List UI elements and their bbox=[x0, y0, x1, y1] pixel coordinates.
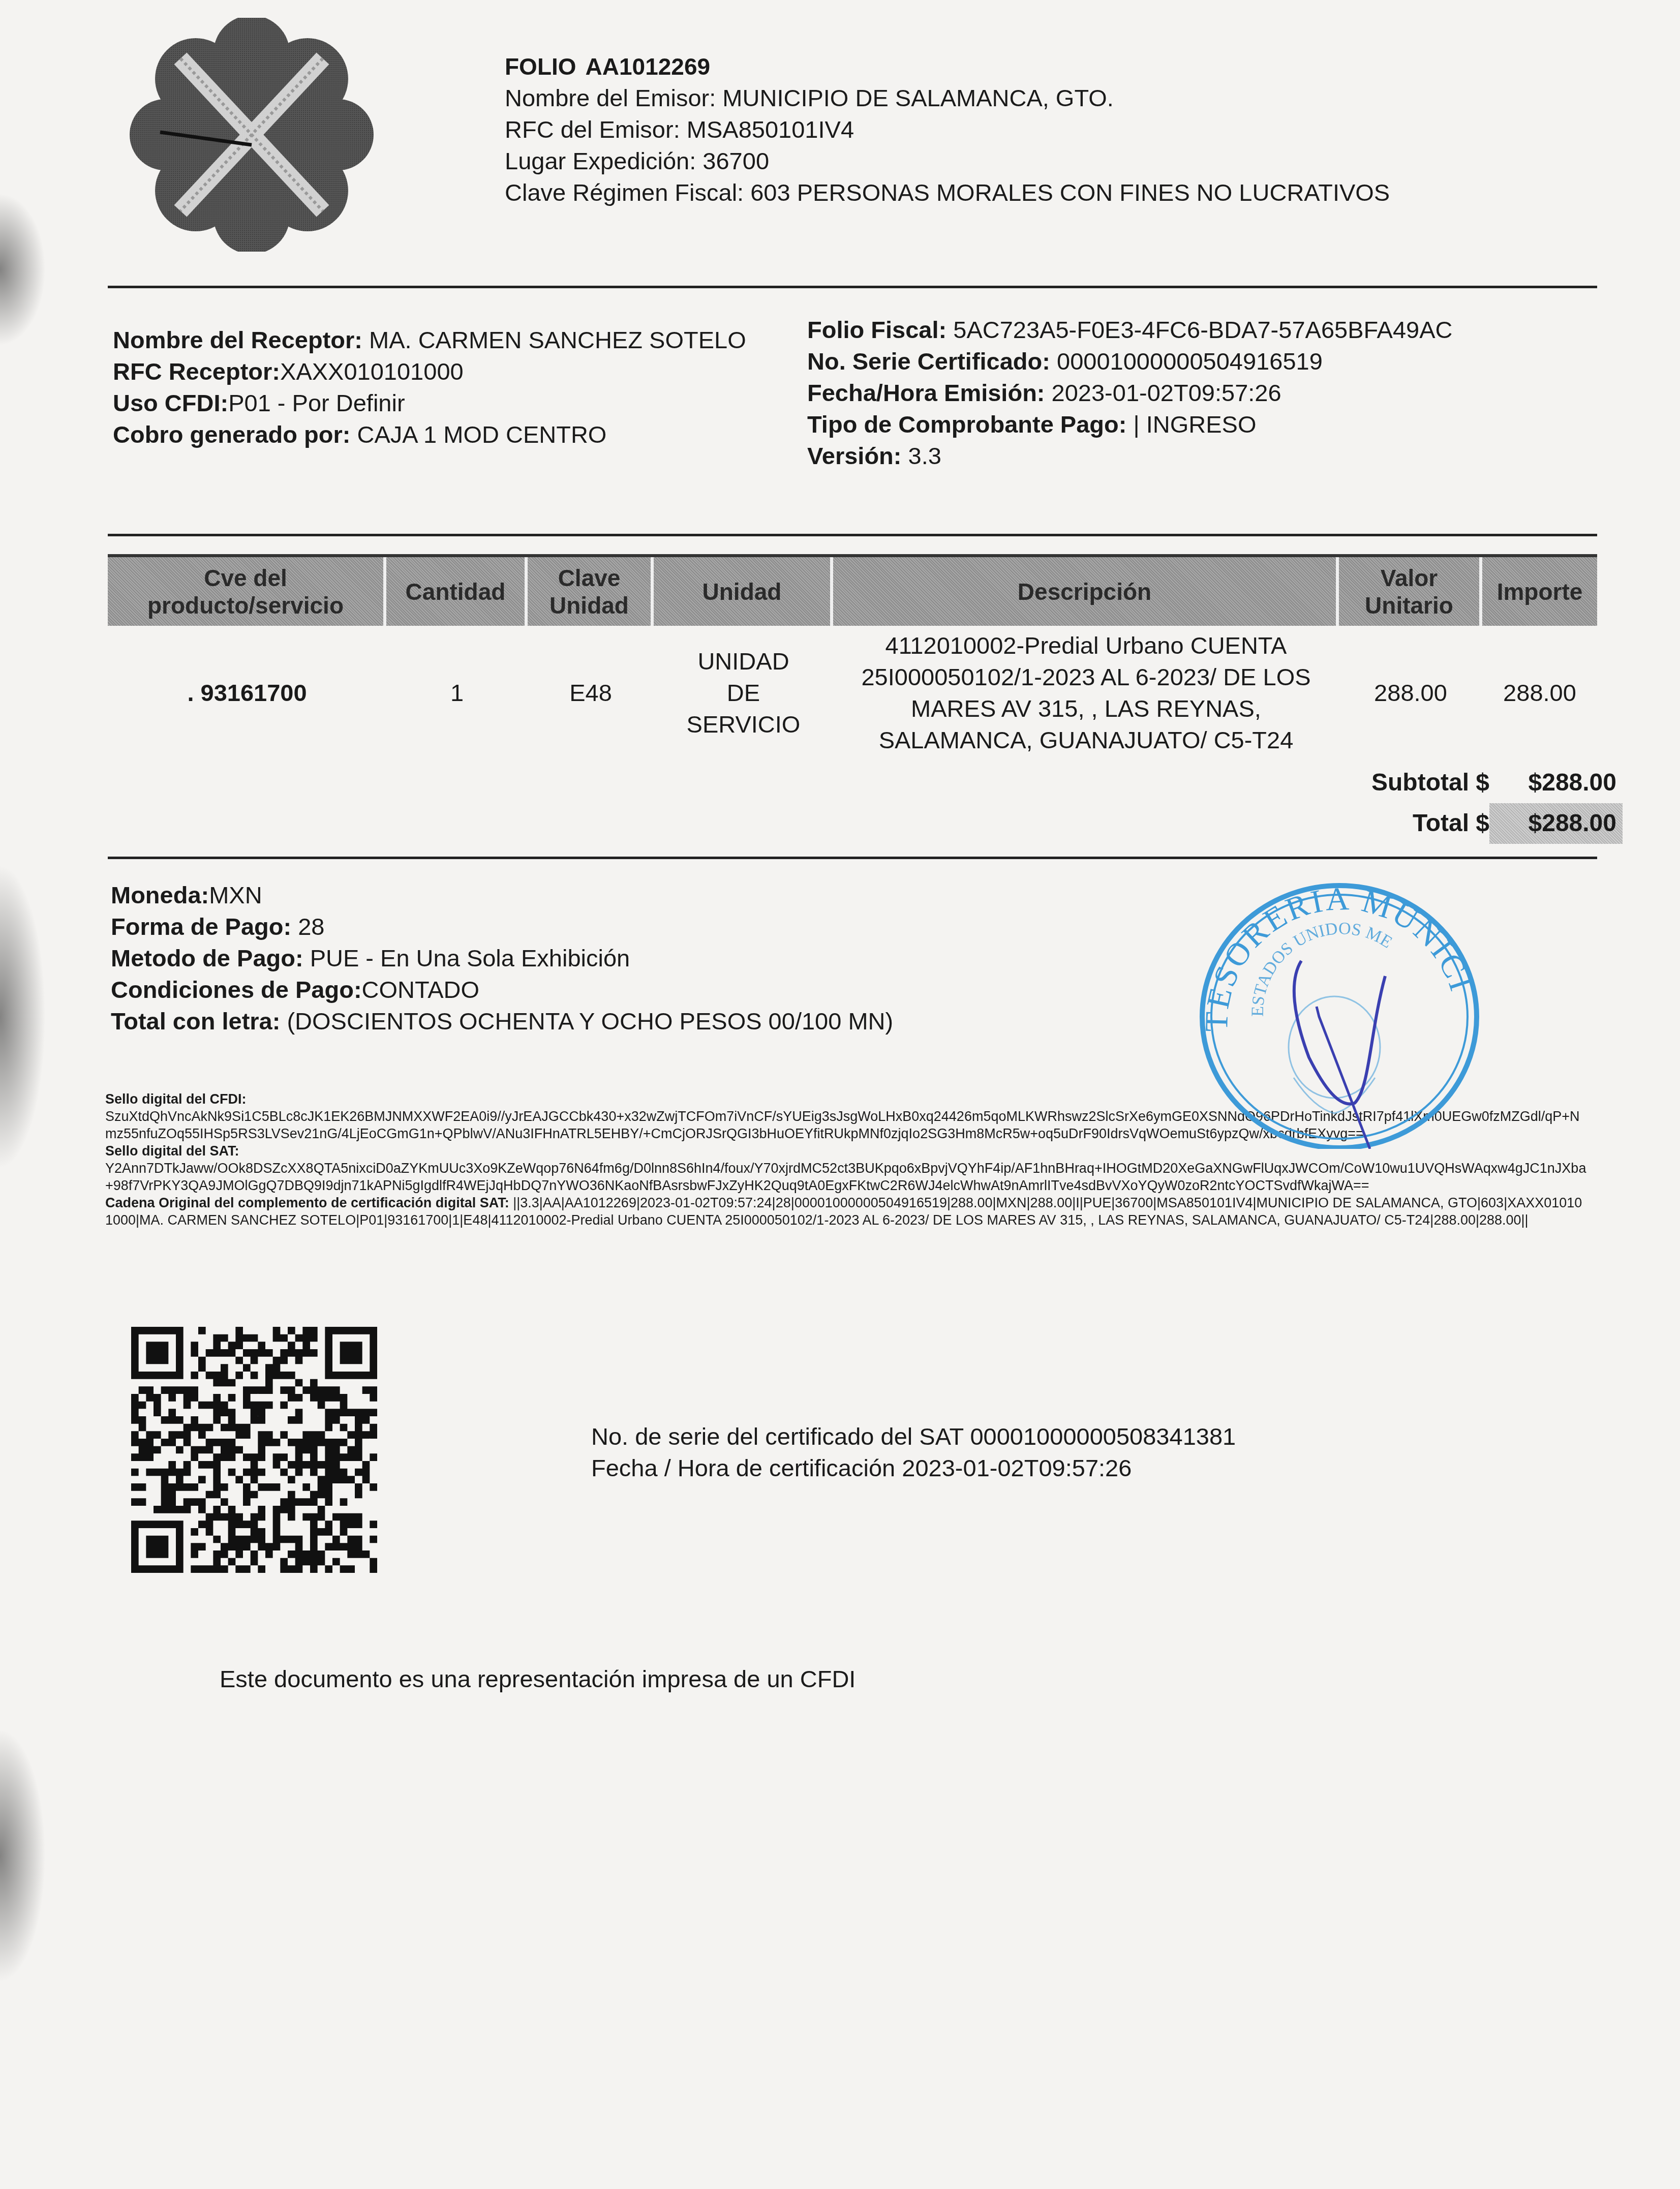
col-clave-unidad: Clave Unidad bbox=[528, 557, 654, 626]
cert-fecha-label: Fecha / Hora de certificación bbox=[591, 1454, 895, 1481]
issuer-name-label: Nombre del Emisor: bbox=[505, 84, 716, 111]
issuer-regimen-value: 603 PERSONAS MORALES CON FINES NO LUCRAT… bbox=[750, 179, 1390, 206]
scan-smudge bbox=[0, 1728, 46, 1983]
scan-smudge bbox=[0, 193, 46, 346]
receptor-name: Nombre del Receptor: MA. CARMEN SANCHEZ … bbox=[113, 324, 746, 356]
footer-note: Este documento es una representación imp… bbox=[220, 1665, 856, 1693]
divider bbox=[108, 286, 1597, 288]
total-letra: Total con letra: (DOSCIENTOS OCHENTA Y O… bbox=[111, 1006, 893, 1037]
cell-importe: 288.00 bbox=[1482, 677, 1597, 709]
issuer-lugar-label: Lugar Expedición: bbox=[505, 147, 696, 174]
cell-cantidad: 1 bbox=[386, 677, 528, 709]
subtotal-row: Subtotal $ $288.00 bbox=[1332, 763, 1623, 803]
condiciones-pago-label: Condiciones de Pago: bbox=[111, 976, 362, 1003]
certification-block: No. de serie del certificado del SAT 000… bbox=[591, 1421, 1236, 1484]
col-descripcion: Descripción bbox=[833, 557, 1339, 626]
cert-serie: No. de serie del certificado del SAT 000… bbox=[591, 1421, 1236, 1452]
scan-smudge bbox=[0, 864, 46, 1169]
cert-fecha: Fecha / Hora de certificación 2023-01-02… bbox=[591, 1452, 1236, 1484]
forma-pago-label: Forma de Pago: bbox=[111, 913, 291, 940]
condiciones-pago-value: CONTADO bbox=[362, 976, 480, 1003]
folio-fiscal-value: 5AC723A5-F0E3-4FC6-BDA7-57A65BFA49AC bbox=[953, 316, 1452, 343]
cell-unidad: UNIDAD DE SERVICIO bbox=[654, 646, 833, 740]
receptor-name-label: Nombre del Receptor: bbox=[113, 326, 362, 353]
tipo-comprobante-label: Tipo de Comprobante Pago: bbox=[807, 411, 1126, 438]
cell-valor-unitario: 288.00 bbox=[1339, 677, 1482, 709]
receptor-cobro-label: Cobro generado por: bbox=[113, 421, 350, 448]
total-letra-value: (DOSCIENTOS OCHENTA Y OCHO PESOS 00/100 … bbox=[280, 1008, 893, 1035]
moneda: Moneda:MXN bbox=[111, 879, 893, 911]
cell-descripcion: 4112010002-Predial Urbano CUENTA 25I0000… bbox=[833, 630, 1339, 756]
version-value: 3.3 bbox=[908, 442, 941, 469]
receptor-cobro: Cobro generado por: CAJA 1 MOD CENTRO bbox=[113, 419, 746, 450]
total-label: Total $ bbox=[1332, 803, 1489, 844]
receptor-rfc-value: XAXX010101000 bbox=[280, 358, 464, 385]
serie-certificado-value: 00001000000504916519 bbox=[1057, 348, 1323, 375]
svg-text:TESORERIA MUNICIPAL SALAMANCA: TESORERIA MUNICIPAL SALAMANCA bbox=[1187, 864, 1480, 1032]
fecha-emision: Fecha/Hora Emisión: 2023-01-02T09:57:26 bbox=[807, 377, 1453, 409]
receptor-block: Nombre del Receptor: MA. CARMEN SANCHEZ … bbox=[113, 324, 746, 450]
fecha-emision-value: 2023-01-02T09:57:26 bbox=[1052, 379, 1281, 406]
divider bbox=[108, 857, 1597, 859]
metodo-pago-value: PUE - En Una Sola Exhibición bbox=[303, 945, 630, 971]
cert-fecha-value: 2023-01-02T09:57:26 bbox=[902, 1454, 1132, 1481]
issuer-lugar: Lugar Expedición: 36700 bbox=[505, 145, 1390, 177]
version: Versión: 3.3 bbox=[807, 440, 1453, 472]
receptor-rfc: RFC Receptor:XAXX010101000 bbox=[113, 356, 746, 387]
cadena-label: Cadena Original del complemento de certi… bbox=[105, 1195, 509, 1210]
cert-serie-label: No. de serie del certificado del SAT bbox=[591, 1423, 963, 1450]
totals-block: Subtotal $ $288.00 Total $ $288.00 bbox=[1332, 763, 1623, 844]
municipal-logo bbox=[109, 18, 394, 252]
qr-code bbox=[131, 1327, 377, 1573]
serie-certificado-label: No. Serie Certificado: bbox=[807, 348, 1050, 375]
fiscal-block: Folio Fiscal: 5AC723A5-F0E3-4FC6-BDA7-57… bbox=[807, 314, 1453, 472]
tipo-comprobante-value: | INGRESO bbox=[1133, 411, 1256, 438]
fecha-emision-label: Fecha/Hora Emisión: bbox=[807, 379, 1045, 406]
folio-line: FOLIOAA1012269 bbox=[505, 51, 1390, 82]
metodo-pago: Metodo de Pago: PUE - En Una Sola Exhibi… bbox=[111, 943, 893, 974]
issuer-rfc-label: RFC del Emisor: bbox=[505, 116, 680, 143]
tipo-comprobante: Tipo de Comprobante Pago: | INGRESO bbox=[807, 409, 1453, 440]
sello-sat-value: Y2Ann7DTkJaww/OOk8DSZcXX8QTA5nixciD0aZYK… bbox=[105, 1160, 1590, 1194]
receptor-cobro-value: CAJA 1 MOD CENTRO bbox=[357, 421, 606, 448]
col-cantidad: Cantidad bbox=[386, 557, 528, 626]
moneda-label: Moneda: bbox=[111, 881, 209, 908]
folio-fiscal: Folio Fiscal: 5AC723A5-F0E3-4FC6-BDA7-57… bbox=[807, 314, 1453, 346]
table-row: . 93161700 1 E48 UNIDAD DE SERVICIO 4112… bbox=[108, 629, 1597, 756]
issuer-rfc: RFC del Emisor: MSA850101IV4 bbox=[505, 114, 1390, 145]
subtotal-label: Subtotal $ bbox=[1332, 763, 1489, 803]
receptor-uso-label: Uso CFDI: bbox=[113, 389, 228, 416]
cell-cve: . 93161700 bbox=[108, 677, 386, 709]
col-cve: Cve del producto/servicio bbox=[108, 557, 386, 626]
receptor-uso: Uso CFDI:P01 - Por Definir bbox=[113, 387, 746, 419]
issuer-rfc-value: MSA850101IV4 bbox=[687, 116, 854, 143]
receptor-rfc-label: RFC Receptor: bbox=[113, 358, 280, 385]
total-value: $288.00 bbox=[1489, 803, 1623, 844]
issuer-name-value: MUNICIPIO DE SALAMANCA, GTO. bbox=[722, 84, 1114, 111]
forma-pago: Forma de Pago: 28 bbox=[111, 911, 893, 943]
issuer-lugar-value: 36700 bbox=[702, 147, 769, 174]
divider bbox=[108, 534, 1597, 536]
tesoreria-stamp: TESORERIA MUNICIPAL SALAMANCA ESTADOS UN… bbox=[1187, 864, 1492, 1149]
moneda-value: MXN bbox=[209, 881, 262, 908]
version-label: Versión: bbox=[807, 442, 901, 469]
payment-block: Moneda:MXN Forma de Pago: 28 Metodo de P… bbox=[111, 879, 893, 1037]
folio-value: AA1012269 bbox=[586, 53, 711, 80]
cadena-original: Cadena Original del complemento de certi… bbox=[105, 1194, 1590, 1229]
issuer-block: FOLIOAA1012269 Nombre del Emisor: MUNICI… bbox=[505, 51, 1390, 208]
subtotal-value: $288.00 bbox=[1489, 763, 1623, 803]
col-unidad: Unidad bbox=[654, 557, 833, 626]
folio-fiscal-label: Folio Fiscal: bbox=[807, 316, 946, 343]
col-valor-unitario: Valor Unitario bbox=[1339, 557, 1482, 626]
total-letra-label: Total con letra: bbox=[111, 1008, 280, 1035]
issuer-regimen-label: Clave Régimen Fiscal: bbox=[505, 179, 744, 206]
total-row: Total $ $288.00 bbox=[1332, 803, 1623, 844]
issuer-regimen: Clave Régimen Fiscal: 603 PERSONAS MORAL… bbox=[505, 177, 1390, 208]
folio-label: FOLIO bbox=[505, 53, 576, 80]
receptor-uso-value: P01 - Por Definir bbox=[228, 389, 405, 416]
cert-serie-value: 00001000000508341381 bbox=[970, 1423, 1236, 1450]
col-importe: Importe bbox=[1482, 557, 1597, 626]
issuer-name: Nombre del Emisor: MUNICIPIO DE SALAMANC… bbox=[505, 82, 1390, 114]
concepts-table-header: Cve del producto/servicio Cantidad Clave… bbox=[108, 554, 1597, 626]
condiciones-pago: Condiciones de Pago:CONTADO bbox=[111, 974, 893, 1006]
forma-pago-value: 28 bbox=[291, 913, 324, 940]
receptor-name-value: MA. CARMEN SANCHEZ SOTELO bbox=[369, 326, 746, 353]
cell-clave-unidad: E48 bbox=[528, 677, 654, 709]
serie-certificado: No. Serie Certificado: 00001000000504916… bbox=[807, 346, 1453, 377]
metodo-pago-label: Metodo de Pago: bbox=[111, 945, 303, 971]
